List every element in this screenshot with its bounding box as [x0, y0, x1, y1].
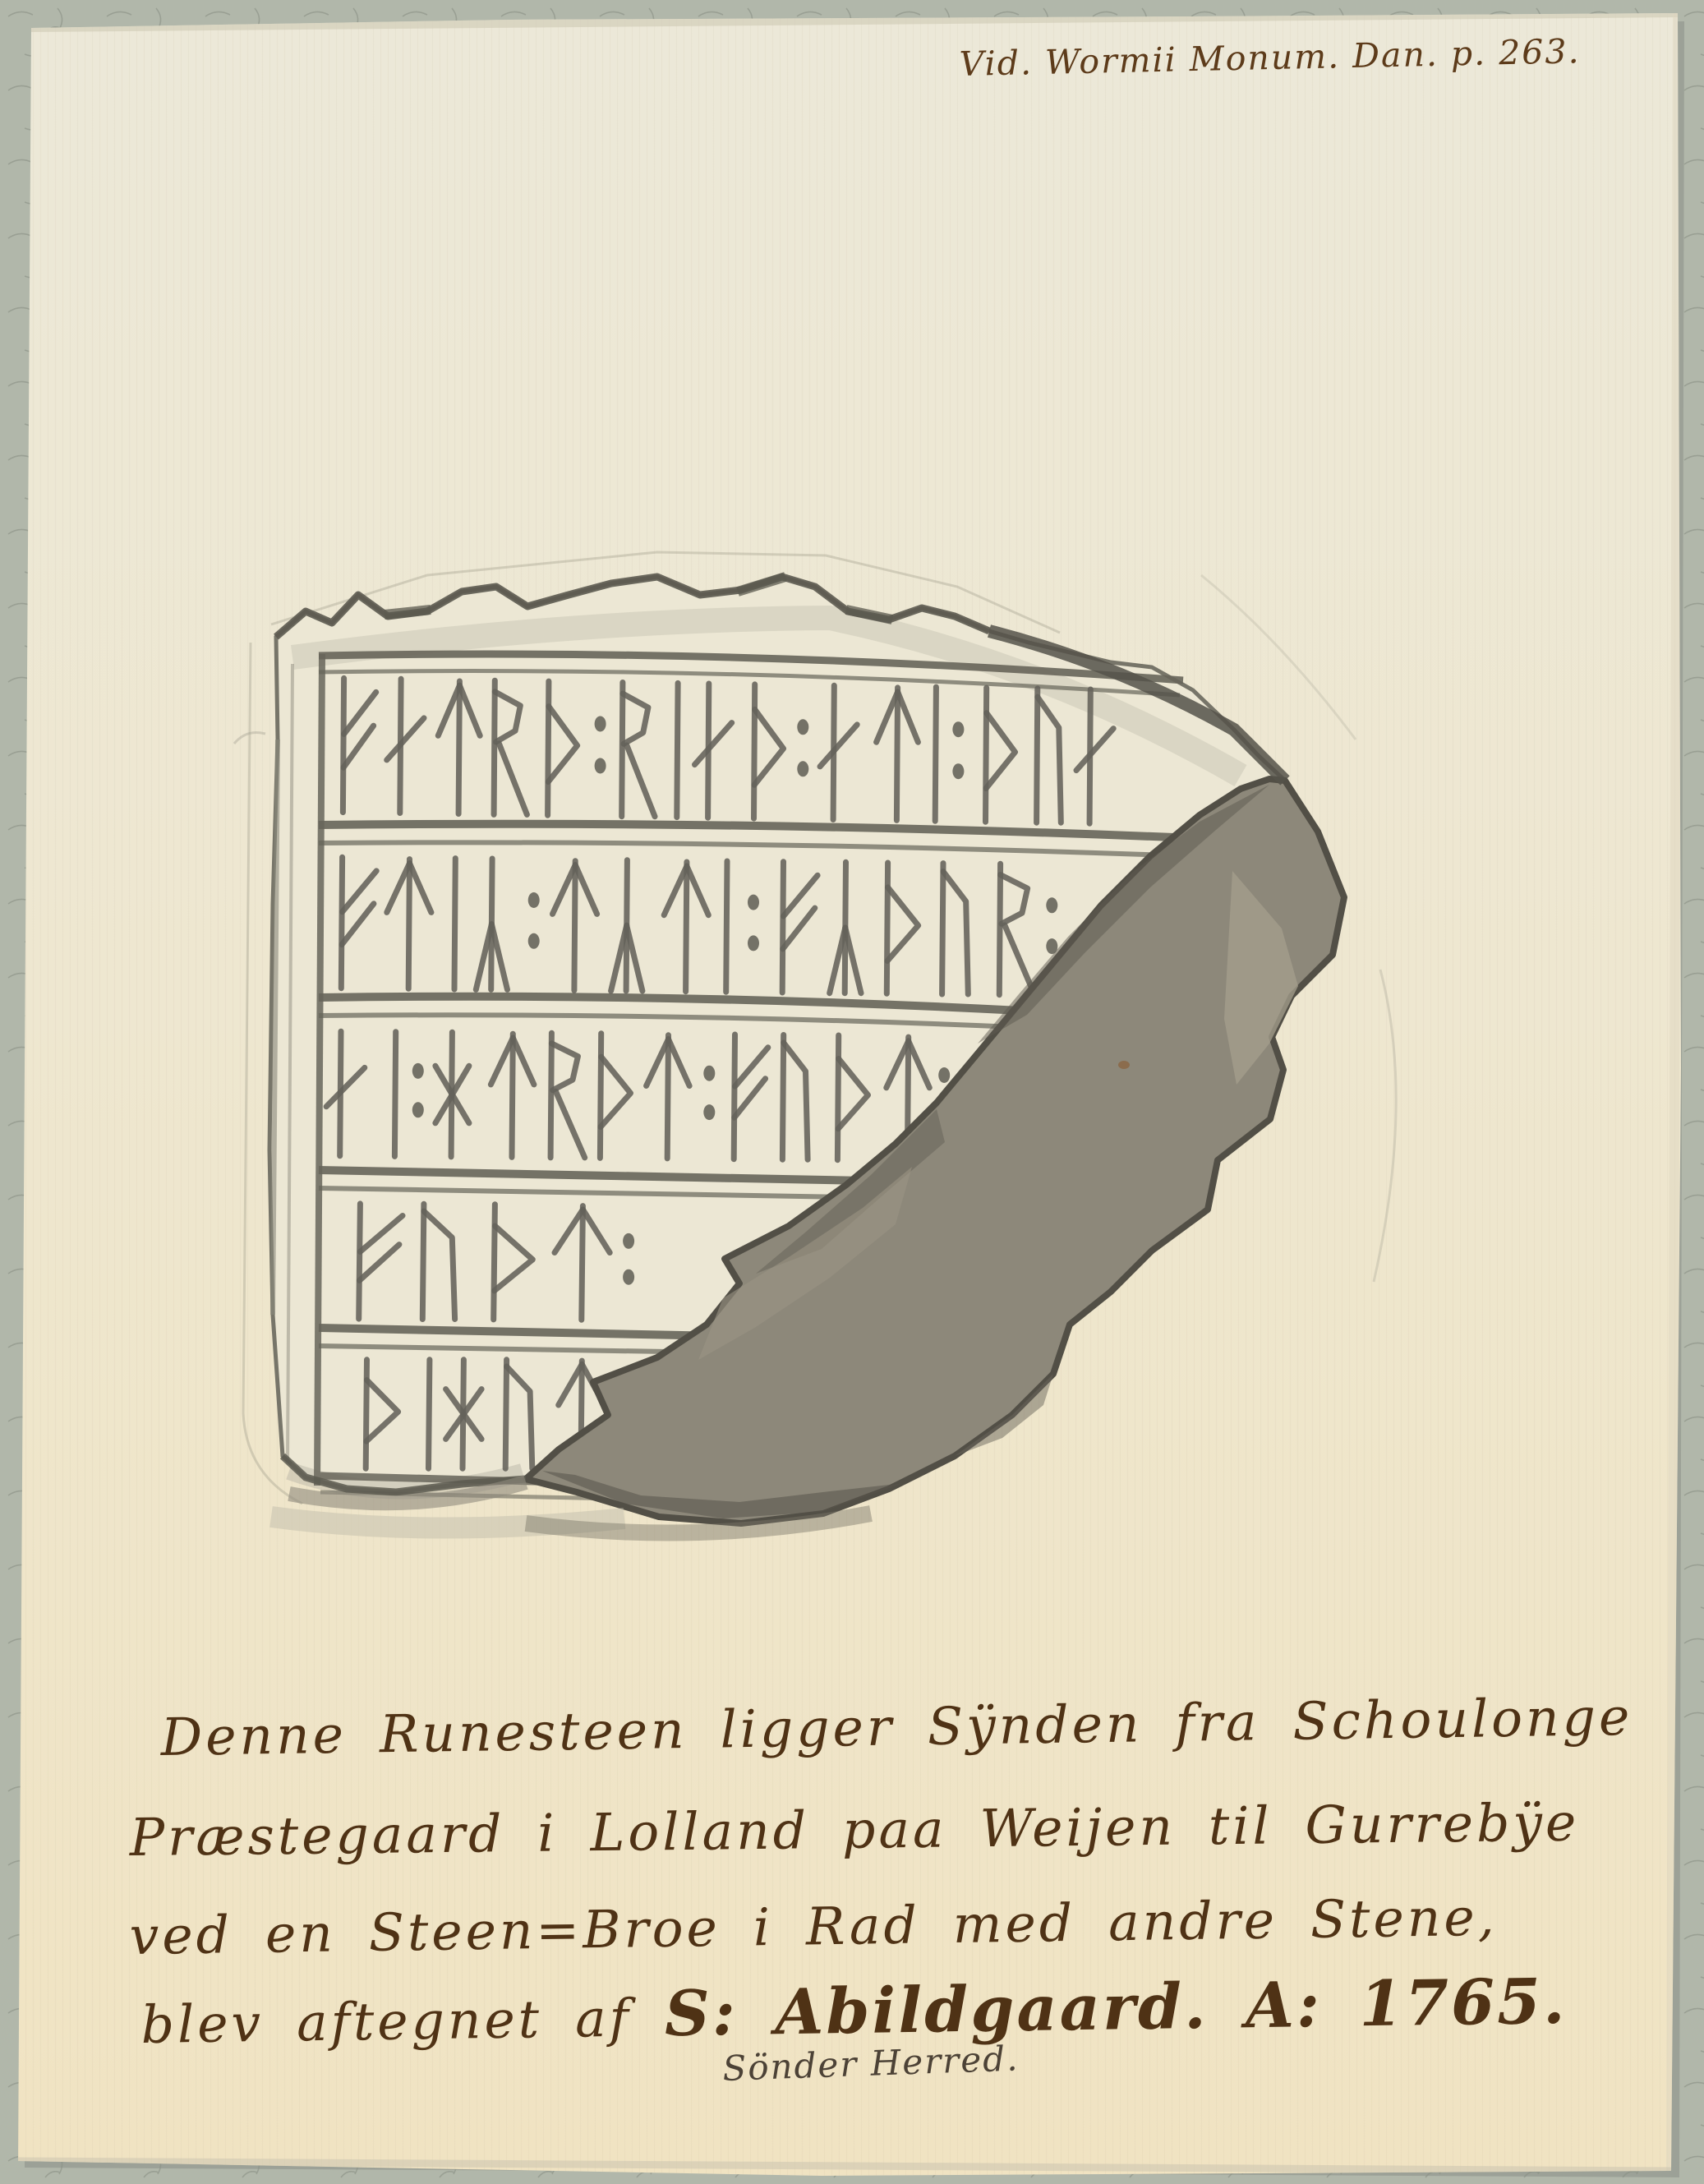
rune-stroke	[782, 1035, 783, 1160]
rune-separator-dot	[952, 763, 964, 779]
attribution-prefix: blev aftegnet af	[140, 1988, 665, 2055]
rune-stroke	[582, 1206, 583, 1320]
rune-separator-dot	[1046, 897, 1057, 913]
rune-stroke	[494, 680, 495, 814]
rune-separator-dot	[623, 1233, 634, 1249]
rune-stroke	[366, 1360, 366, 1468]
rune-separator-dot	[703, 1066, 715, 1081]
rune-stroke	[429, 1360, 430, 1468]
rune-stroke	[600, 1034, 601, 1159]
rune-separator-dot	[595, 758, 606, 774]
rune-separator-dot	[748, 935, 759, 951]
rune-stroke	[754, 684, 755, 818]
rune-stroke	[341, 857, 342, 988]
rune-stroke	[408, 859, 409, 989]
rune-separator-dot	[797, 761, 808, 776]
rune-separator-dot	[623, 1269, 634, 1285]
rune-separator-dot	[528, 892, 540, 908]
rune-stroke	[887, 863, 887, 993]
rune-separator-dot	[412, 1063, 424, 1079]
rune-stroke	[574, 861, 575, 991]
rune-stroke	[422, 1204, 424, 1319]
manuscript-scan: Vid. Wormii Monum. Dan. p. 263. Denne Ru…	[0, 0, 1704, 2184]
rune-separator-dot	[703, 1104, 715, 1120]
rune-stroke	[512, 1034, 513, 1157]
rune-stroke	[505, 1360, 506, 1468]
rune-separator-dot	[952, 721, 964, 737]
rune-stroke	[686, 862, 687, 992]
rune-stroke	[550, 1033, 551, 1158]
rune-separator-dot	[748, 895, 759, 910]
rune-separator-dot	[797, 719, 808, 735]
rune-stroke	[494, 1205, 495, 1320]
rune-stroke	[458, 681, 459, 814]
rune-separator-dot	[412, 1102, 424, 1117]
rune-stroke	[667, 1035, 668, 1159]
rune-stroke	[896, 688, 897, 821]
rune-stroke	[726, 861, 727, 992]
rune-stroke	[622, 683, 623, 817]
rune-separator-dot	[938, 1067, 950, 1083]
rune-stroke	[782, 862, 783, 993]
rune-separator-dot	[528, 933, 540, 949]
rune-stroke	[454, 859, 455, 989]
rust-spot	[1118, 1061, 1130, 1069]
scanned-page: Vid. Wormii Monum. Dan. p. 263. Denne Ru…	[0, 0, 1704, 2184]
rune-separator-dot	[595, 716, 606, 732]
rune-stroke	[999, 864, 1000, 994]
rune-stroke	[359, 1204, 361, 1319]
rune-stroke	[1037, 689, 1038, 822]
rune-stroke	[942, 864, 943, 994]
rune-stroke	[548, 681, 549, 815]
attribution-name-year: S: Abildgaard. A: 1765.	[664, 1965, 1568, 2050]
rune-stroke	[837, 1035, 838, 1160]
rune-stroke	[677, 683, 678, 817]
rune-stroke	[343, 678, 343, 812]
rune-stroke	[986, 688, 987, 822]
rune-stroke	[394, 1032, 395, 1157]
rune-stroke	[734, 1034, 735, 1159]
rune-stroke	[935, 687, 936, 821]
